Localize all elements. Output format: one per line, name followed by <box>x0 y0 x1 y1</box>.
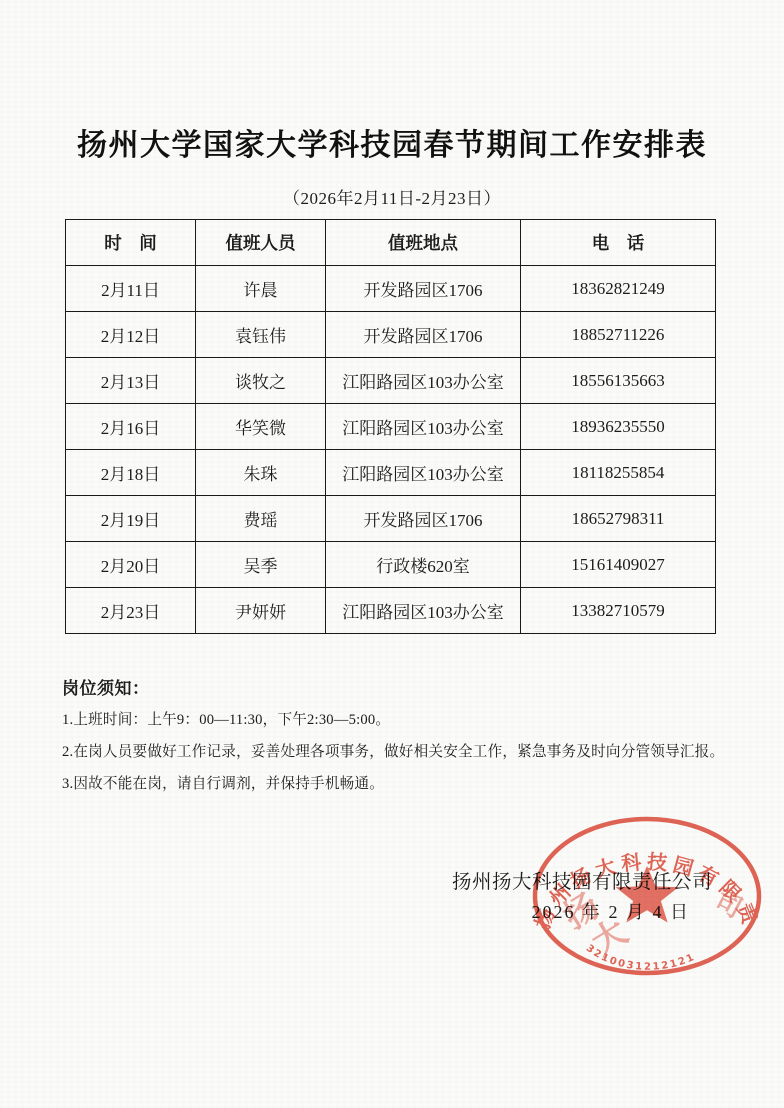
cell-person: 朱珠 <box>196 450 326 496</box>
cell-date: 2月12日 <box>66 312 196 358</box>
seal-serial: 3210031212121 <box>584 943 698 973</box>
cell-date: 2月19日 <box>66 496 196 542</box>
note-item-2: 2.在岗人员要做好工作记录，妥善处理各项事务，做好相关安全工作，紧急事务及时向分… <box>62 745 744 760</box>
notes-heading: 岗位须知： <box>62 674 744 699</box>
cell-location: 开发路园区1706 <box>326 266 521 312</box>
svg-text:司: 司 <box>710 886 747 924</box>
cell-location: 江阳路园区103办公室 <box>326 588 521 634</box>
cell-phone: 18652798311 <box>521 496 716 542</box>
cell-person: 许晨 <box>196 266 326 312</box>
table-row: 2月12日 袁钰伟 开发路园区1706 18852711226 <box>66 312 716 358</box>
cell-location: 江阳路园区103办公室 <box>326 358 521 404</box>
cell-date: 2月13日 <box>66 358 196 404</box>
table-row: 2月16日 华笑微 江阳路园区103办公室 18936235550 <box>66 404 716 450</box>
cell-phone: 13382710579 <box>521 588 716 634</box>
schedule-table: 时 间 值班人员 值班地点 电 话 2月11日 许晨 开发路园区1706 183… <box>65 219 716 634</box>
cell-phone: 18118255854 <box>521 450 716 496</box>
cell-phone: 18556135663 <box>521 358 716 404</box>
notes-section: 岗位须知： 1.上班时间：上午9：00—11:30，下午2:30—5:00。 2… <box>62 674 744 809</box>
table-header-row: 时 间 值班人员 值班地点 电 话 <box>66 220 716 266</box>
cell-location: 开发路园区1706 <box>326 312 521 358</box>
cell-date: 2月18日 <box>66 450 196 496</box>
table-row: 2月11日 许晨 开发路园区1706 18362821249 <box>66 266 716 312</box>
signature-company: 扬州扬大科技园有限责任公司 <box>0 866 712 894</box>
table-row: 2月13日 谈牧之 江阳路园区103办公室 18556135663 <box>66 358 716 404</box>
signature-date: 2026 年 2 月 4 日 <box>0 898 690 924</box>
header-person: 值班人员 <box>196 220 326 266</box>
header-time: 时 间 <box>66 220 196 266</box>
cell-person: 吴季 <box>196 542 326 588</box>
cell-phone: 18852711226 <box>521 312 716 358</box>
cell-phone: 18936235550 <box>521 404 716 450</box>
note-item-3: 3.因故不能在岗，请自行调剂，并保持手机畅通。 <box>62 777 744 792</box>
table-row: 2月18日 朱珠 江阳路园区103办公室 18118255854 <box>66 450 716 496</box>
cell-person: 尹妍妍 <box>196 588 326 634</box>
table-row: 2月23日 尹妍妍 江阳路园区103办公室 13382710579 <box>66 588 716 634</box>
header-location: 值班地点 <box>326 220 521 266</box>
cell-location: 行政楼620室 <box>326 542 521 588</box>
table-row: 2月19日 费瑶 开发路园区1706 18652798311 <box>66 496 716 542</box>
document-page: 扬州大学国家大学科技园春节期间工作安排表 （2026年2月11日-2月23日） … <box>0 0 784 1108</box>
cell-person: 华笑微 <box>196 404 326 450</box>
cell-date: 2月23日 <box>66 588 196 634</box>
cell-location: 江阳路园区103办公室 <box>326 404 521 450</box>
cell-person: 费瑶 <box>196 496 326 542</box>
cell-phone: 18362821249 <box>521 266 716 312</box>
cell-person: 谈牧之 <box>196 358 326 404</box>
cell-date: 2月16日 <box>66 404 196 450</box>
cell-location: 江阳路园区103办公室 <box>326 450 521 496</box>
document-title: 扬州大学国家大学科技园春节期间工作安排表 <box>0 120 784 164</box>
document-subtitle: （2026年2月11日-2月23日） <box>0 184 784 209</box>
cell-person: 袁钰伟 <box>196 312 326 358</box>
company-seal-stamp-icon: 扬州扬大科技园有限责任公司 3210031212121 扬 大 司 <box>527 810 767 982</box>
table-row: 2月20日 吴季 行政楼620室 15161409027 <box>66 542 716 588</box>
cell-date: 2月20日 <box>66 542 196 588</box>
cell-location: 开发路园区1706 <box>326 496 521 542</box>
svg-text:3210031212121: 3210031212121 <box>584 943 698 973</box>
note-item-1: 1.上班时间：上午9：00—11:30，下午2:30—5:00。 <box>62 713 744 728</box>
header-phone: 电 话 <box>521 220 716 266</box>
cell-phone: 15161409027 <box>521 542 716 588</box>
cell-date: 2月11日 <box>66 266 196 312</box>
